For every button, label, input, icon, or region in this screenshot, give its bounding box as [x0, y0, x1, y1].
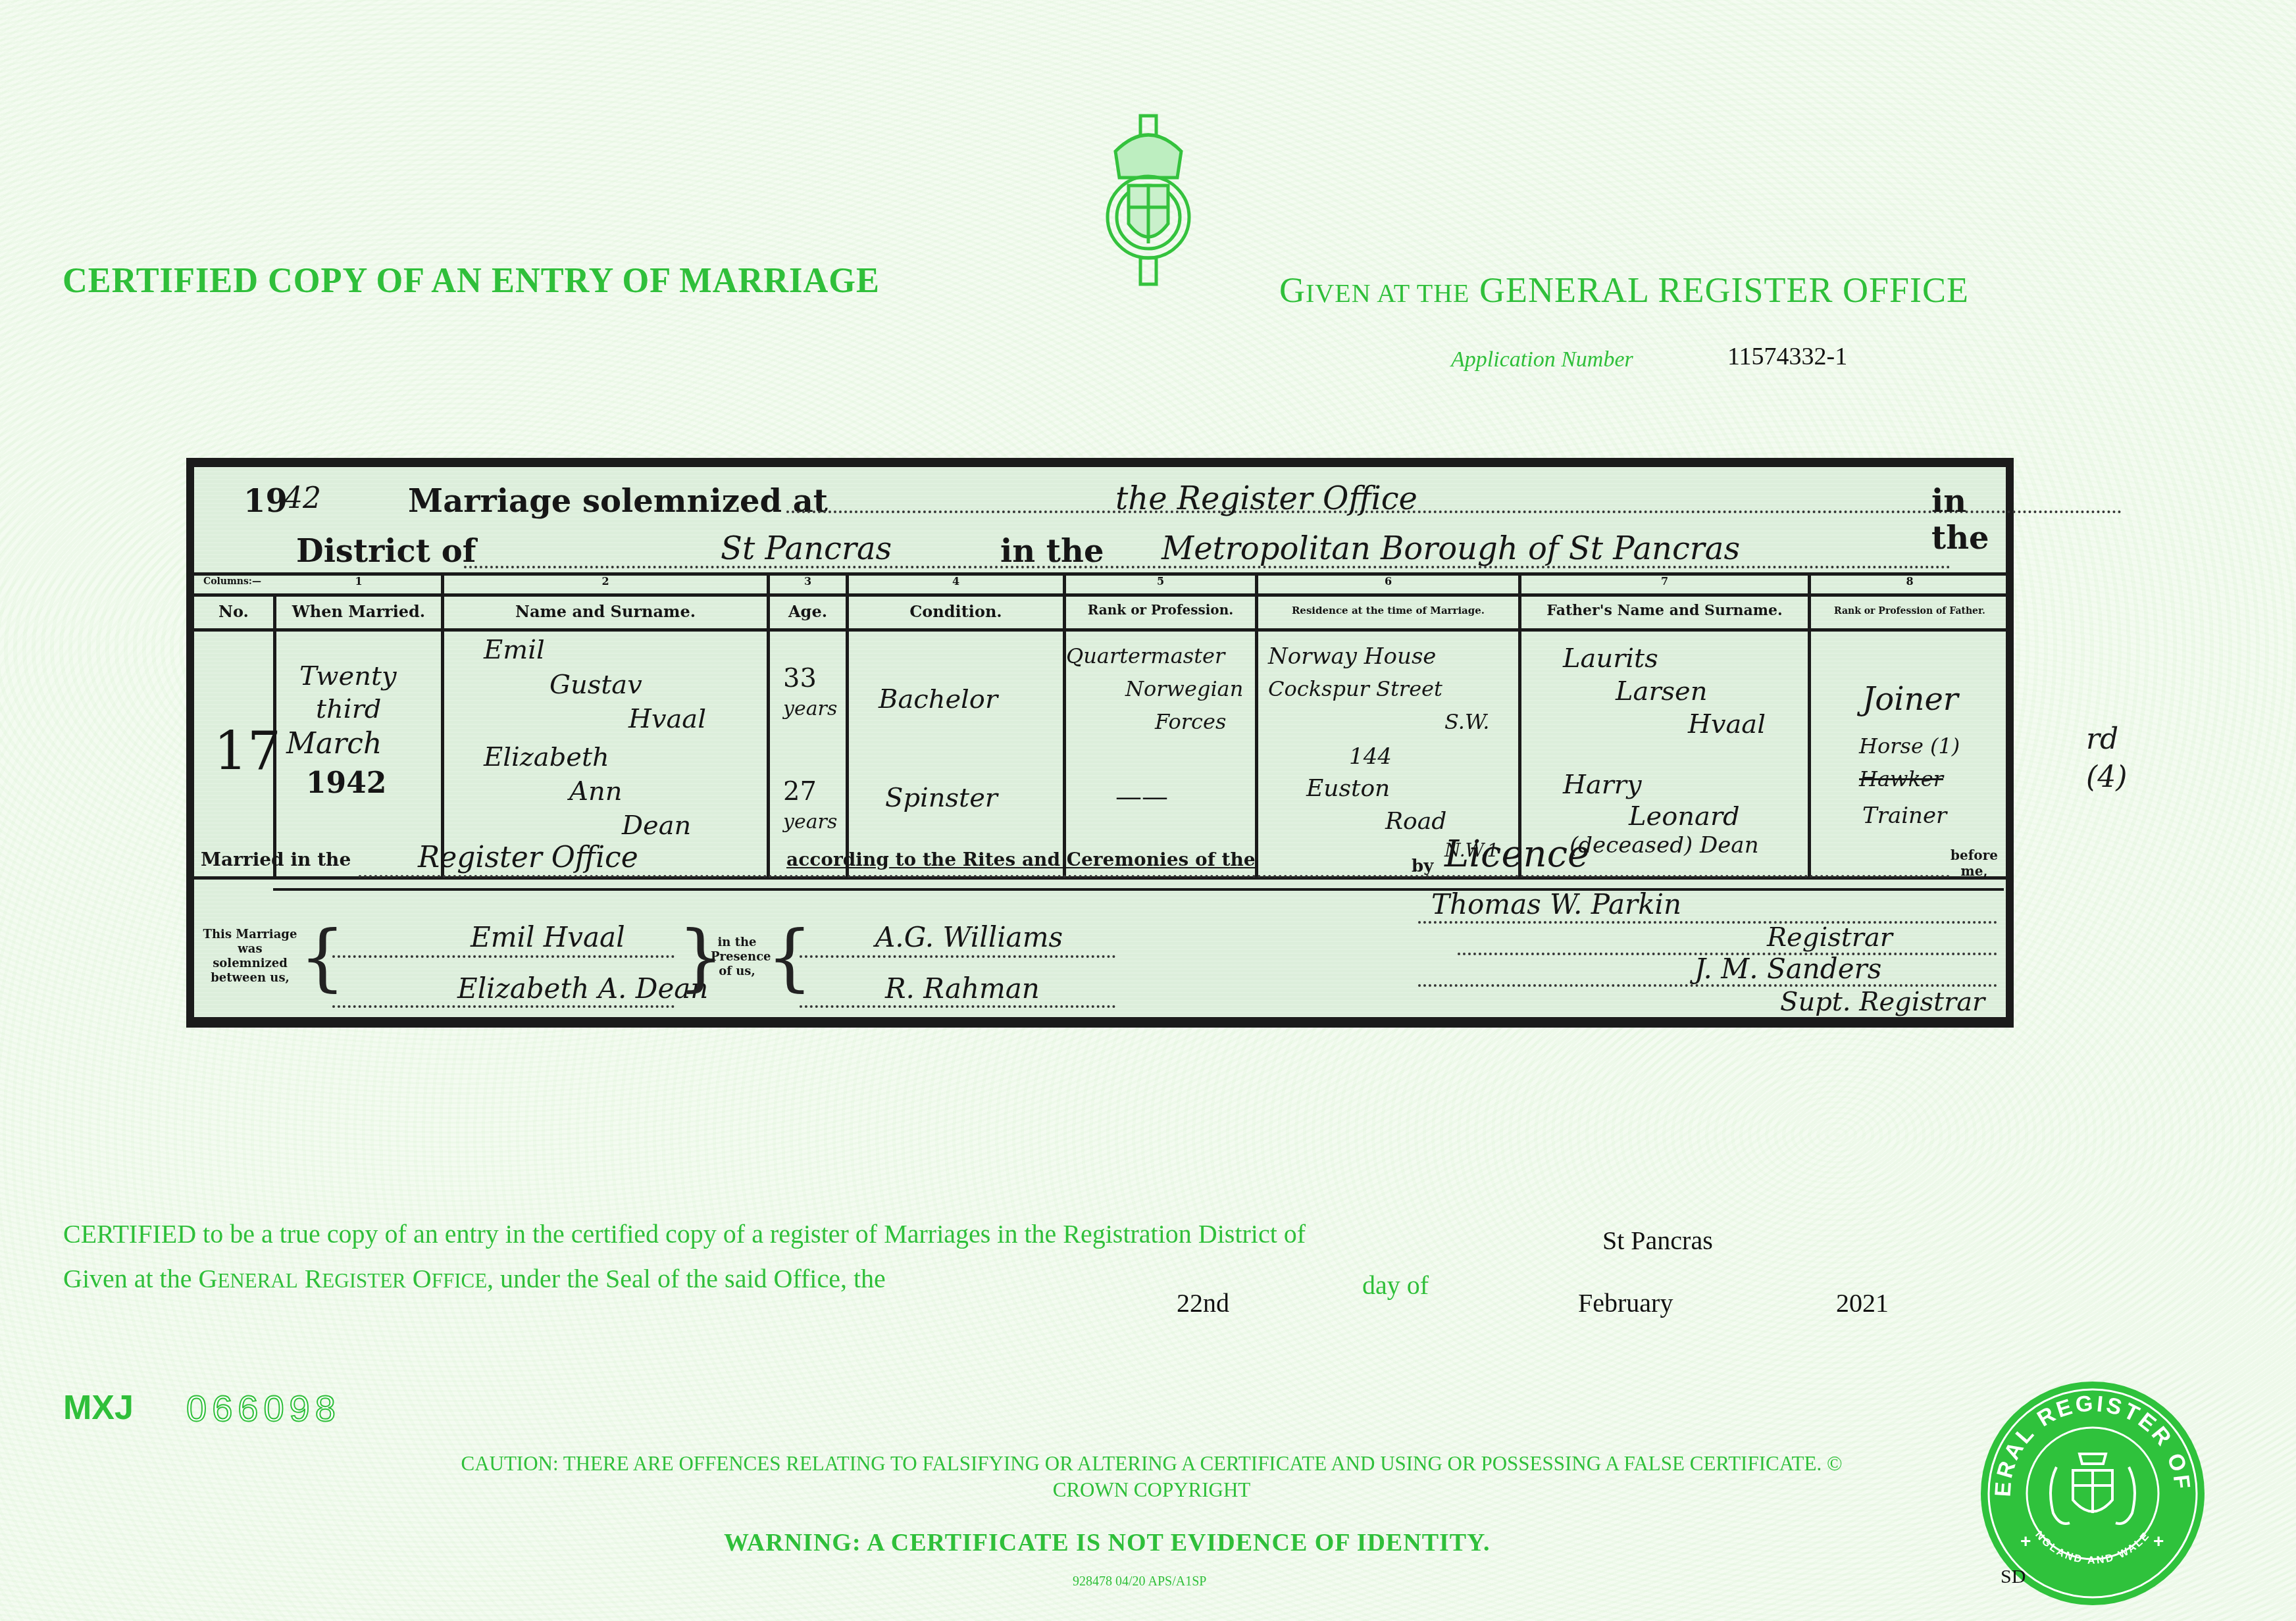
under-seal-text: , under the Seal of the said Office, the — [487, 1264, 886, 1293]
when-married-month: March — [286, 727, 382, 761]
between-line-2: was solemnized — [201, 942, 299, 971]
col-num-5: 5 — [1066, 575, 1255, 587]
col-header-name: Name and Surname. — [444, 602, 767, 631]
issuing-office-title: GIVEN AT THE GENERAL REGISTER OFFICE — [1279, 270, 1969, 311]
svg-text:+: + — [2020, 1531, 2031, 1551]
col-num-2: 2 — [444, 575, 767, 587]
bride-father-first: Harry — [1563, 770, 1642, 800]
groom-residence-1: Norway House — [1268, 643, 1436, 670]
between-line-3: between us, — [201, 971, 299, 985]
col-num-1: 1 — [276, 575, 441, 587]
given-at-statement: Given at the GENERAL REGISTER OFFICE, un… — [63, 1263, 886, 1294]
col-header-age: Age. — [770, 602, 846, 631]
officiant-title: Registrar — [1767, 922, 1893, 953]
ffice-sc: FFICE — [432, 1269, 487, 1292]
bride-father-middle: Leonard — [1629, 801, 1740, 832]
seal-initials: SD — [2001, 1566, 2026, 1588]
register-year-handwritten: 42 — [284, 482, 321, 515]
royal-crest-icon — [1096, 112, 1201, 289]
groom-condition: Bachelor — [879, 684, 998, 714]
district-label: District of — [296, 533, 476, 570]
officiant-signature: Thomas W. Parkin — [1431, 888, 1681, 920]
when-married-ordinal: third — [316, 694, 381, 724]
serial-prefix: MXJ — [63, 1388, 134, 1428]
form-code: 928478 04/20 APS/A1SP — [1073, 1574, 1206, 1589]
certification-month: February — [1578, 1287, 1673, 1318]
serial-number: 066098 — [186, 1387, 341, 1430]
bride-father-profession-1: Horse (1) — [1859, 734, 1960, 759]
certification-statement: CERTIFIED to be a true copy of an entry … — [63, 1218, 1306, 1249]
presence-label: in the Presence of us, — [711, 935, 763, 979]
col-header-father-profession: Rank or Profession of Father. — [1811, 602, 2008, 631]
identity-warning: WARNING: A CERTIFICATE IS NOT EVIDENCE O… — [724, 1528, 1491, 1557]
groom-first-name: Emil — [484, 635, 545, 665]
margin-annotation: rd (4) — [2086, 720, 2127, 797]
col-num-8: 8 — [1811, 575, 2008, 587]
presence-line-1: in the — [711, 935, 763, 950]
col-num-7: 7 — [1521, 575, 1808, 587]
in-the-label-2: in the — [1000, 533, 1104, 570]
married-in-value: Register Office — [418, 841, 638, 874]
application-number: 11574332-1 — [1727, 342, 1847, 371]
col-num-3: 3 — [770, 575, 846, 587]
entry-number: 17 — [214, 720, 281, 782]
bride-signature: Elizabeth A. Dean — [457, 972, 708, 1005]
groom-father-profession: Joiner — [1862, 681, 1958, 718]
bride-residence-2: Euston — [1306, 775, 1390, 802]
o-cap: O — [406, 1264, 432, 1293]
between-us-label: This Marriage was solemnized between us, — [201, 928, 299, 985]
register-entry: 19 42 Marriage solemnized at the Registe… — [186, 458, 2014, 1028]
bride-profession: —— — [1115, 782, 1168, 812]
witness-2-signature: R. Rahman — [885, 972, 1040, 1005]
given-cap: G — [1279, 270, 1306, 310]
married-in-label: Married in the — [201, 849, 351, 870]
by-value: Licence — [1444, 833, 1589, 876]
certificate-title: CERTIFIED COPY OF AN ENTRY OF MARRIAGE — [63, 260, 880, 301]
certification-year: 2021 — [1836, 1287, 1889, 1318]
groom-profession-1: Quartermaster — [1066, 643, 1225, 668]
bride-age-unit: years — [783, 810, 837, 834]
r-cap: R — [298, 1264, 322, 1293]
superintendent-title: Supt. Registrar — [1780, 987, 1985, 1017]
groom-father-first: Laurits — [1563, 643, 1658, 674]
given-at-text: Given at the — [63, 1264, 199, 1293]
bride-first-name: Elizabeth — [484, 742, 609, 772]
bride-residence-3: Road — [1385, 808, 1446, 835]
g-cap: G — [199, 1264, 218, 1293]
register-year-printed: 19 — [243, 483, 288, 520]
groom-middle-name: Gustav — [549, 670, 642, 700]
certified-word: CERTIFIED — [63, 1219, 196, 1249]
col-header-condition: Condition. — [849, 602, 1063, 631]
borough-value: Metropolitan Borough of St Pancras — [1161, 530, 1740, 567]
col-header-profession: Rank or Profession. — [1066, 602, 1255, 631]
by-label: by — [1412, 857, 1433, 876]
col-header-father-name: Father's Name and Surname. — [1521, 602, 1808, 631]
superintendent-signature: J. M. Sanders — [1695, 953, 1881, 985]
in-the-label: in the — [1931, 483, 2006, 557]
groom-residence-3: S.W. — [1444, 709, 1489, 734]
witness-1-signature: A.G. Williams — [875, 921, 1063, 953]
groom-profession-2: Norwegian — [1125, 676, 1243, 701]
margin-note-2: (4) — [2086, 759, 2127, 797]
solemnized-at: the Register Office — [1115, 480, 1417, 517]
day-of-label: day of — [1362, 1270, 1429, 1301]
rites-label: according to the Rites and Ceremonies of… — [786, 849, 1256, 870]
groom-father-middle: Larsen — [1616, 676, 1708, 707]
svg-text:+: + — [2153, 1531, 2164, 1551]
groom-surname: Hvaal — [628, 704, 706, 734]
bride-father-profession-2: Trainer — [1862, 803, 1947, 829]
certified-rest: to be a true copy of an entry in the cer… — [196, 1219, 1306, 1249]
bride-middle-name: Ann — [569, 776, 622, 807]
col-header-residence: Residence at the time of Marriage. — [1258, 602, 1518, 631]
before-me-label: before me, — [1945, 847, 2004, 879]
groom-father-surname: Hvaal — [1688, 709, 1766, 739]
eneral-sc: ENERAL — [217, 1269, 297, 1292]
general-register-office: GENERAL REGISTER OFFICE — [1479, 270, 1969, 310]
between-line-1: This Marriage — [201, 928, 299, 942]
columns-label: Columns:— — [203, 576, 261, 587]
bride-age: 27 — [783, 776, 817, 807]
groom-age: 33 — [783, 663, 817, 693]
col-header-when-married: When Married. — [276, 602, 441, 631]
solemnized-label: Marriage solemnized at — [408, 483, 828, 520]
margin-note-1: rd — [2086, 720, 2127, 759]
when-married-year: 1942 — [306, 766, 386, 800]
caution-notice: CAUTION: THERE ARE OFFENCES RELATING TO … — [434, 1451, 1869, 1503]
bride-residence-1: 144 — [1349, 743, 1392, 770]
col-header-no: No. — [194, 602, 273, 631]
groom-profession-3: Forces — [1155, 709, 1226, 734]
presence-line-2: Presence — [711, 950, 763, 964]
application-number-label: Application Number — [1451, 347, 1633, 372]
bride-surname: Dean — [622, 810, 691, 841]
presence-line-3: of us, — [711, 964, 763, 979]
bride-father-profession-struck: Hawker — [1859, 766, 1943, 791]
bride-condition: Spinster — [885, 783, 998, 813]
given-at-the: IVEN AT THE — [1306, 278, 1470, 308]
certification-district: St Pancras — [1602, 1225, 1713, 1256]
when-married-day: Twenty — [299, 661, 397, 691]
groom-age-unit: years — [783, 697, 837, 720]
egister-sc: EGISTER — [322, 1269, 405, 1292]
certification-day: 22nd — [1177, 1287, 1229, 1318]
bride-father-surname: (deceased) Dean — [1569, 832, 1759, 859]
groom-residence-2: Cockspur Street — [1268, 676, 1442, 701]
col-num-4: 4 — [849, 575, 1063, 587]
groom-signature: Emil Hvaal — [471, 921, 625, 953]
district-value: St Pancras — [721, 530, 892, 567]
col-num-6: 6 — [1258, 575, 1518, 587]
